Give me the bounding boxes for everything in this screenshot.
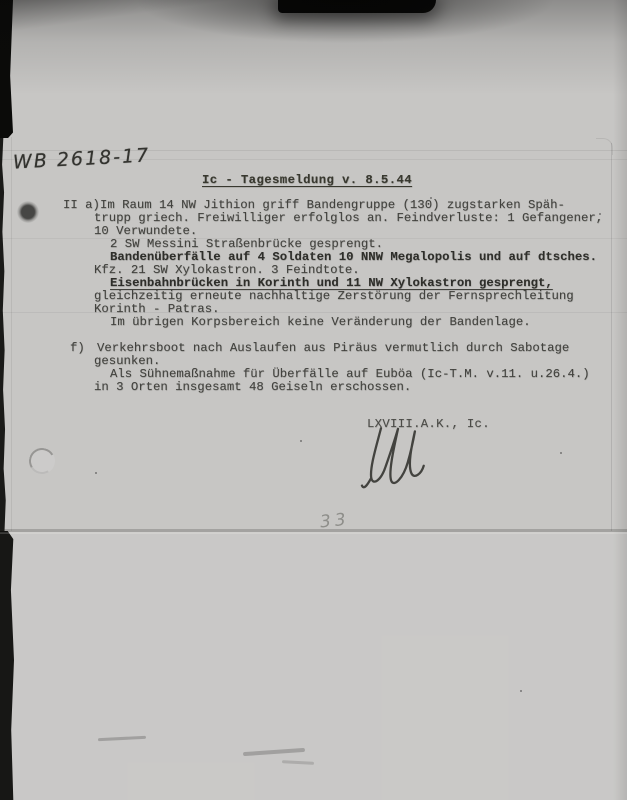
paper-speck — [300, 440, 302, 442]
line-text: Im übrigen Korpsbereich keine Veränderun… — [110, 316, 531, 329]
punch-hole — [26, 445, 58, 477]
line-text: Verkehrsboot nach Auslaufen aus Piräus v… — [97, 342, 569, 355]
paper-speck — [95, 472, 97, 474]
scan-shadow — [0, 0, 627, 150]
line-text: in 3 Orten insgesamt 48 Geiseln erschoss… — [94, 381, 411, 394]
film-artifact-top — [278, 0, 436, 13]
paper-speck — [520, 690, 522, 692]
handwritten-page-number: 33 — [319, 510, 351, 533]
film-edge-top-left — [0, 0, 13, 138]
sheet-corner — [596, 138, 613, 155]
handwritten-signature — [351, 419, 453, 494]
report-title: Ic - Tagesmeldung v. 8.5.44 — [202, 173, 412, 187]
text-line: Im übrigen Korpsbereich keine Veränderun… — [0, 316, 627, 329]
paper-speck — [560, 452, 562, 454]
line-label: f) — [70, 342, 85, 355]
lower-blank-sheet — [0, 533, 627, 800]
handwritten-archive-note: WB 2618-17 — [13, 144, 151, 173]
document-body: II a)Im Raum 14 NW Jithion griff Bandeng… — [0, 199, 627, 394]
text-line: in 3 Orten insgesamt 48 Geiseln erschoss… — [0, 381, 627, 394]
scanned-document-photo: WB 2618-17 33 Ic - Tagesmeldung v. 8.5.4… — [0, 0, 627, 800]
